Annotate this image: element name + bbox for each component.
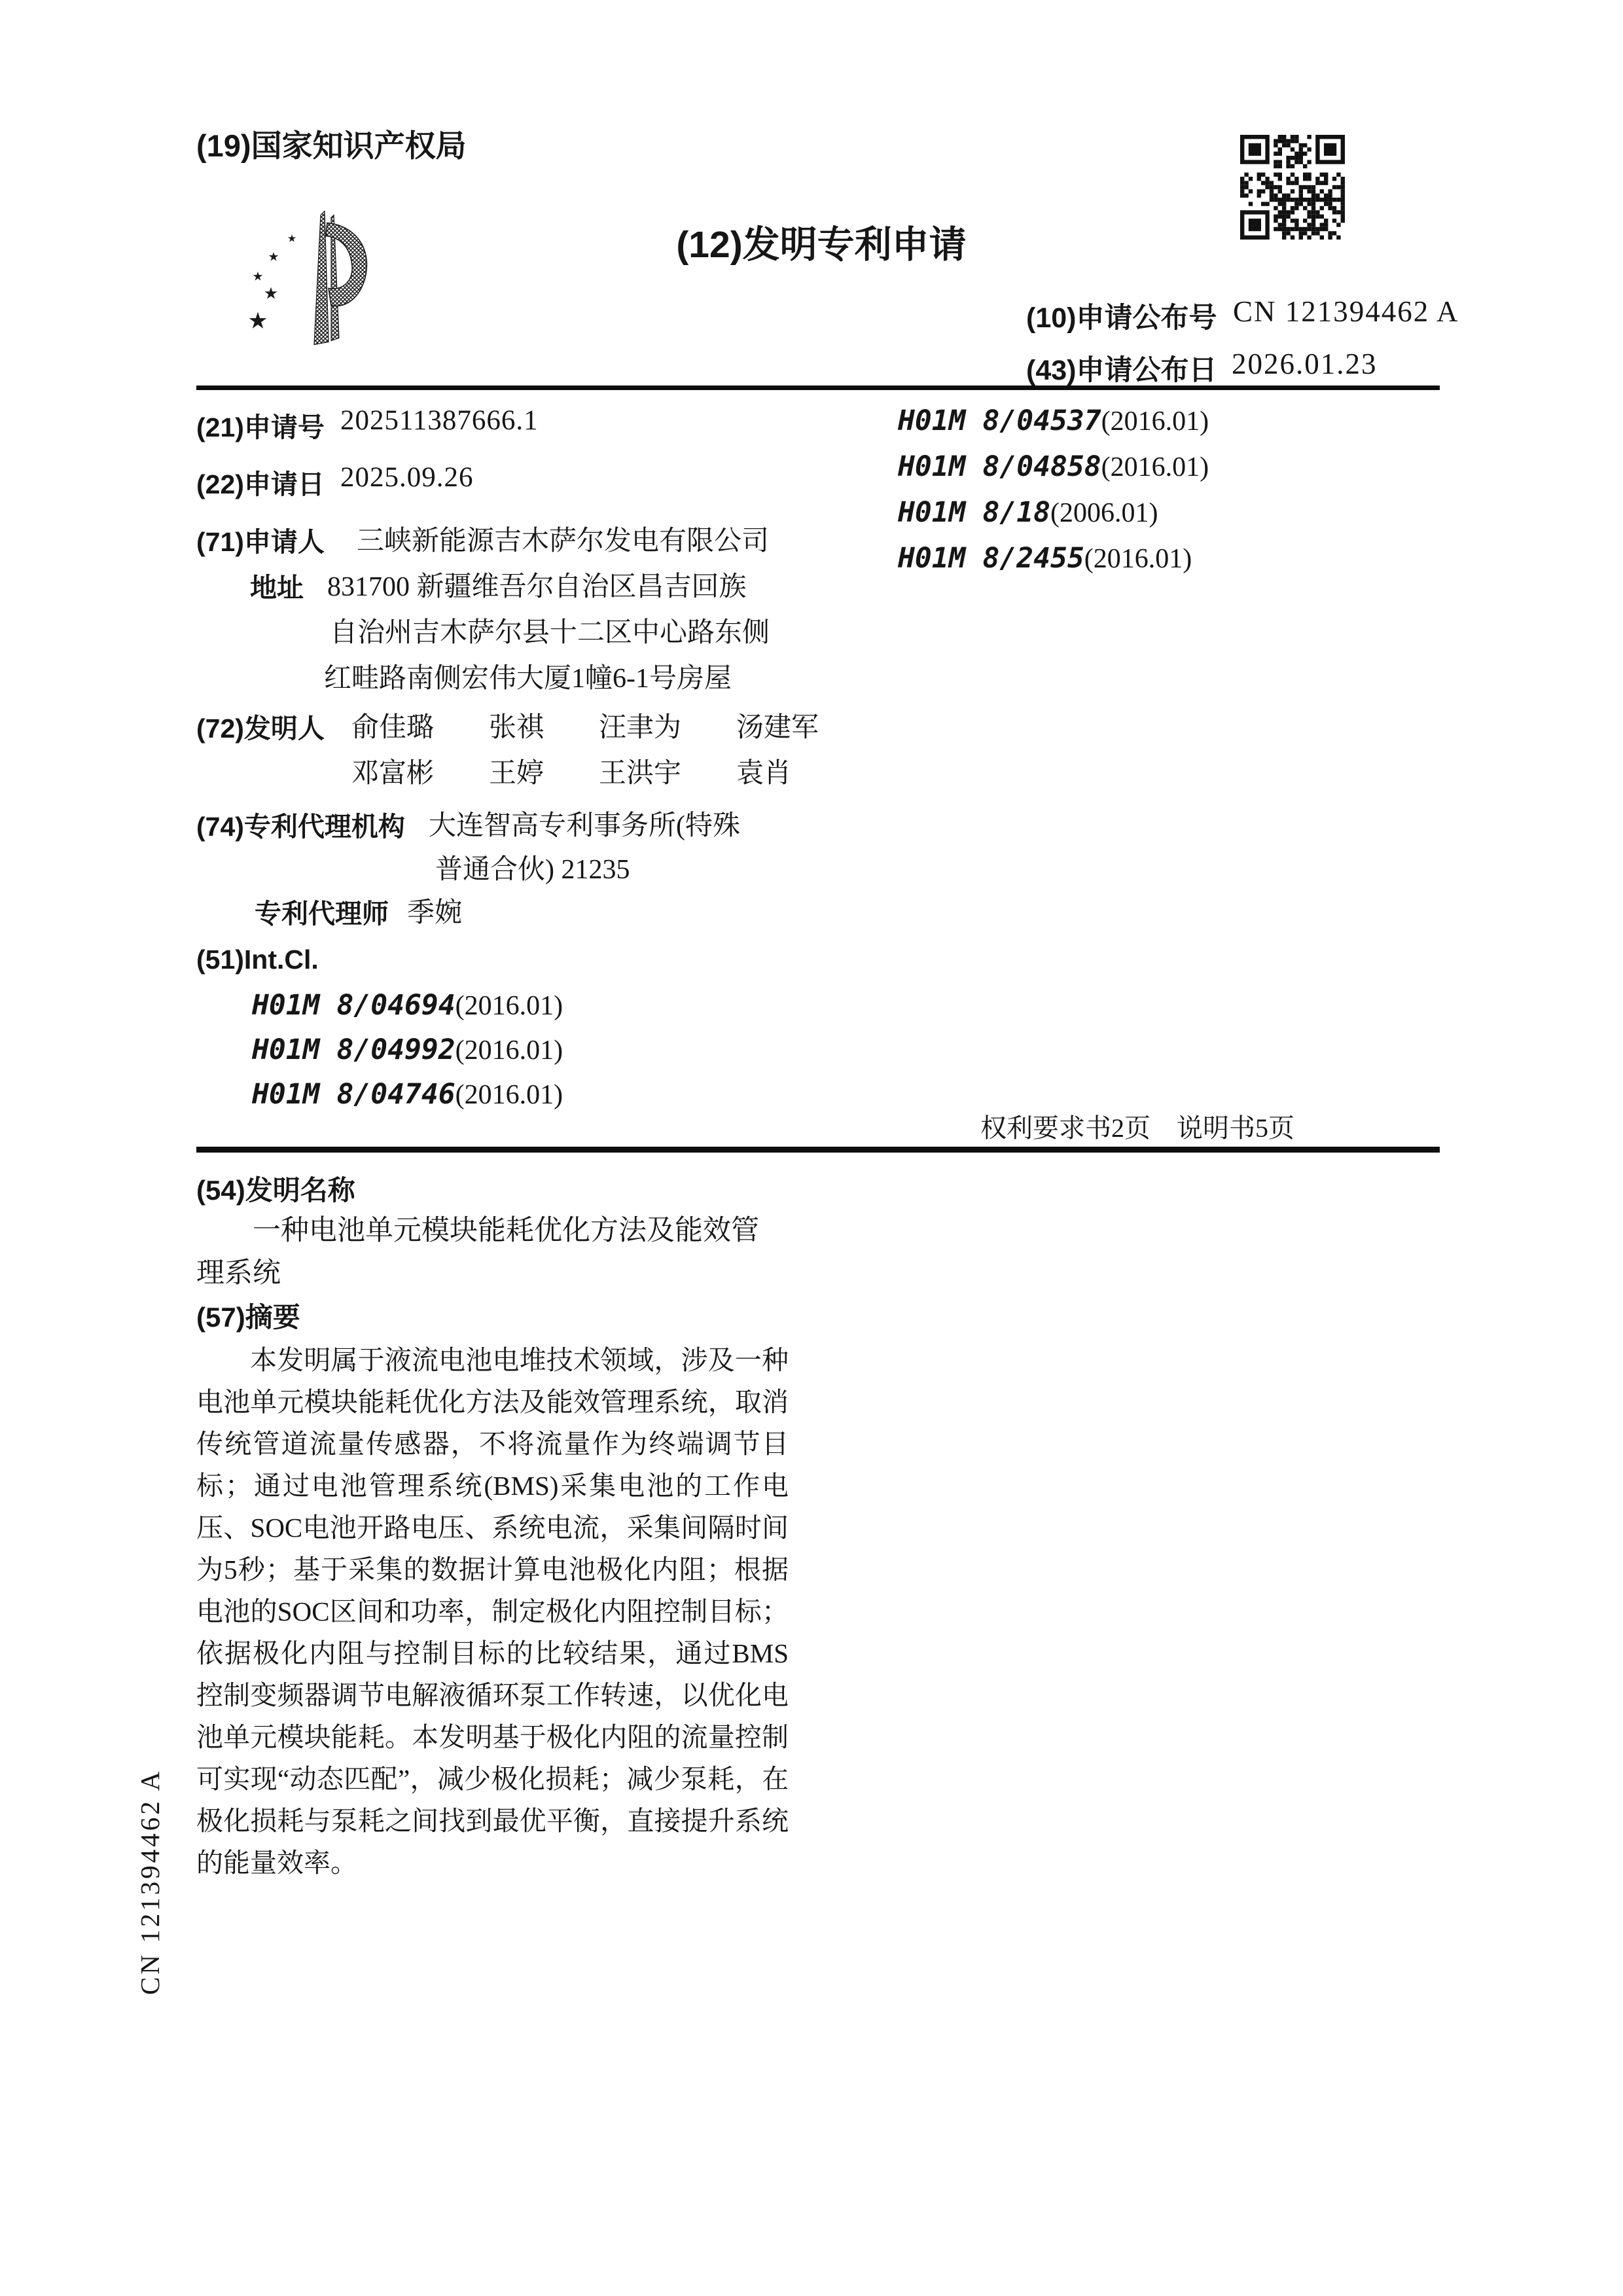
patent-front-page: (19)国家知识产权局 (12)发明专利申请 [0, 0, 1623, 2296]
intcl-code: H01M 8/2455 [898, 542, 1084, 575]
intcl-code: H01M 8/18 [898, 496, 1050, 529]
agency-line-1: 大连智高专利事务所(特殊 [429, 804, 740, 843]
agent-label: 专利代理师 [255, 892, 389, 931]
qr-code [1240, 134, 1345, 243]
intcl-version: (2016.01) [1084, 544, 1192, 574]
intcl-code: H01M 8/04746 [252, 1078, 455, 1111]
address-line-2: 自治州吉木萨尔县十二区中心路东侧 [330, 611, 770, 650]
applicant-label: (71)申请人 [196, 520, 325, 559]
pub-date-label: (43)申请公布日 [1026, 348, 1217, 388]
pub-number-value: CN 121394462 A [1233, 295, 1459, 329]
intcl-label: (51)Int.Cl. [196, 944, 319, 975]
intcl-version: (2006.01) [1050, 498, 1158, 528]
intcl-version: (2016.01) [455, 1035, 563, 1066]
address-label: 地址 [250, 566, 304, 605]
intcl-right-item: H01M 8/04858(2016.01) [898, 450, 1209, 483]
intcl-version: (2016.01) [455, 1080, 563, 1110]
intcl-left-item: H01M 8/04992(2016.01) [252, 1033, 563, 1066]
intcl-right-item: H01M 8/2455(2016.01) [898, 542, 1192, 575]
side-publication-number: CN 121394462 A [134, 1769, 166, 1995]
app-date-label: (22)申请日 [196, 463, 325, 501]
pages-note: 权利要求书2页 说明书5页 [980, 1107, 1294, 1145]
intcl-version: (2016.01) [1101, 406, 1209, 437]
invention-title-label: (54)发明名称 [196, 1169, 355, 1208]
header-rule [196, 386, 1440, 390]
issuing-office: (19)国家知识产权局 [196, 122, 467, 166]
invention-title: 一种电池单元模块能耗优化方法及能效管理系统 [196, 1210, 772, 1295]
address-line-3: 红畦路南侧宏伟大厦1幢6-1号房屋 [324, 656, 732, 696]
agency-label: (74)专利代理机构 [196, 805, 405, 844]
intcl-version: (2016.01) [1101, 452, 1209, 482]
address-line-1: 831700 新疆维吾尔自治区昌吉回族 [327, 565, 747, 604]
intcl-right-item: H01M 8/18(2006.01) [898, 496, 1158, 529]
document-type-title: (12)发明专利申请 [622, 215, 1021, 268]
app-date-value: 2025.09.26 [340, 461, 474, 493]
intcl-left-item: H01M 8/04746(2016.01) [252, 1078, 563, 1111]
section-rule [196, 1147, 1440, 1153]
intcl-code: H01M 8/04694 [252, 989, 455, 1022]
inventors-line-1: 俞佳璐 张祺 汪聿为 汤建军 [351, 706, 819, 745]
pub-number-label: (10)申请公布号 [1026, 296, 1217, 336]
agent-value: 季婉 [407, 891, 462, 930]
intcl-version: (2016.01) [455, 991, 563, 1021]
intcl-code: H01M 8/04858 [898, 450, 1101, 483]
abstract-label: (57)摘要 [196, 1296, 300, 1335]
intcl-code: H01M 8/04537 [898, 404, 1101, 437]
abstract-text: 本发明属于液流电池电堆技术领域，涉及一种电池单元模块能耗优化方法及能效管理系统，… [196, 1339, 789, 1884]
app-number-label: (21)申请号 [196, 406, 325, 444]
agency-line-2: 普通合伙) 21235 [435, 848, 630, 887]
cnipa-logo-graphic [241, 211, 372, 345]
app-number-value: 202511387666.1 [340, 404, 539, 437]
intcl-left-item: H01M 8/04694(2016.01) [252, 989, 563, 1022]
intcl-right-item: H01M 8/04537(2016.01) [898, 404, 1209, 437]
pub-date-value: 2026.01.23 [1232, 347, 1378, 381]
inventors-line-2: 邓富彬 王婷 王洪宇 袁肖 [351, 751, 791, 791]
inventors-label: (72)发明人 [196, 707, 325, 745]
intcl-code: H01M 8/04992 [252, 1033, 455, 1066]
applicant-value: 三峡新能源吉木萨尔发电有限公司 [357, 519, 769, 558]
cnipa-logo [241, 211, 372, 348]
